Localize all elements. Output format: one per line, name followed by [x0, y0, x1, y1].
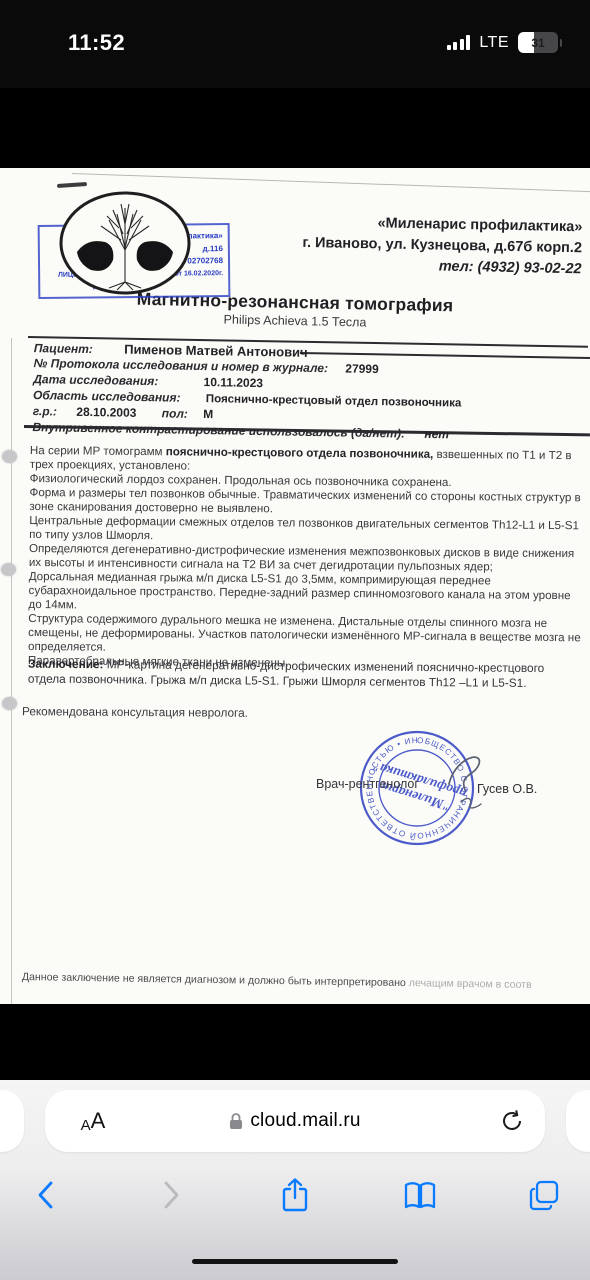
protocol-number: 27999: [345, 362, 379, 377]
battery-percent: 31: [518, 32, 558, 53]
iphone-screen: 11:52 LTE 31 «Миленарис профилактика» д.…: [0, 0, 590, 1280]
field-label: Дата исследования:: [33, 372, 158, 388]
contrast-value: нет: [424, 427, 449, 441]
lock-icon: [229, 1112, 243, 1130]
reload-button[interactable]: [495, 1104, 529, 1138]
url-display: cloud.mail.ru: [45, 1090, 545, 1152]
bookmarks-button[interactable]: [400, 1169, 440, 1221]
forward-chevron-icon: [158, 1180, 184, 1210]
signal-strength-icon: [447, 35, 471, 50]
back-chevron-icon: [33, 1180, 59, 1210]
clinic-tree-logo-icon: [57, 190, 193, 301]
doctor-signature-icon: [443, 748, 513, 817]
scan-artifact: [2, 450, 17, 463]
patient-name: Пименов Матвей Антонович: [124, 342, 308, 360]
share-button[interactable]: [275, 1169, 315, 1221]
conclusion-label: Заключение:: [28, 657, 104, 672]
tabs-button[interactable]: [524, 1169, 564, 1221]
letterbox-top: [0, 88, 590, 168]
previous-tab-pill[interactable]: [0, 1090, 24, 1152]
clinic-header: «Миленарис профилактика» г. Иваново, ул.…: [239, 211, 582, 281]
field-label: Область исследования:: [33, 388, 181, 405]
paragraph: Структура содержимого дурального мешка н…: [28, 612, 584, 659]
status-bar: 11:52 LTE 31: [0, 0, 590, 88]
scan-artifact: [1, 563, 16, 576]
field-label: пол:: [162, 406, 188, 420]
address-bar[interactable]: АА cloud.mail.ru: [45, 1090, 545, 1152]
home-indicator[interactable]: [192, 1259, 398, 1264]
recommendation-text: Рекомендована консультация невролога.: [22, 704, 248, 720]
sex-value: М: [203, 407, 213, 421]
battery-cap: [560, 39, 563, 47]
letterbox-bottom: [0, 1004, 590, 1080]
birth-date: 28.10.2003: [76, 405, 136, 420]
scan-artifact: [2, 697, 17, 710]
field-label: Пациент:: [34, 341, 93, 356]
field-label: г.р.:: [33, 404, 57, 418]
intro-bold: пояснично-крестцового отдела позвоночник…: [166, 445, 434, 461]
forward-button[interactable]: [151, 1169, 191, 1221]
doctor-role-label: Врач-рентгенолог: [316, 777, 419, 791]
intro-pre: На серии МР томограмм: [30, 444, 166, 458]
tabs-icon: [528, 1179, 560, 1211]
clock: 11:52: [68, 30, 125, 56]
paragraph: Дорсальная медианная грыжа м/п диска L5-…: [28, 570, 584, 617]
safari-toolbar: [0, 1160, 590, 1230]
reload-icon: [499, 1108, 525, 1134]
back-button[interactable]: [26, 1169, 66, 1221]
status-indicators: LTE 31: [447, 32, 562, 53]
book-icon: [403, 1180, 437, 1210]
disclaimer-faded: лечащим врачом в соотв: [409, 977, 532, 991]
url-text: cloud.mail.ru: [250, 1110, 360, 1132]
study-date: 10.11.2023: [203, 375, 263, 390]
conclusion-text: МР-картина дегенеративно-дистрофических …: [28, 657, 544, 689]
share-icon: [280, 1177, 310, 1213]
network-type-label: LTE: [479, 34, 509, 52]
conclusion-block: Заключение: МР-картина дегенеративно-дис…: [28, 657, 584, 691]
battery-icon: 31: [518, 32, 558, 53]
next-tab-pill[interactable]: [566, 1090, 590, 1152]
findings-text: На серии МР томограмм пояснично-крестцов…: [28, 444, 586, 673]
